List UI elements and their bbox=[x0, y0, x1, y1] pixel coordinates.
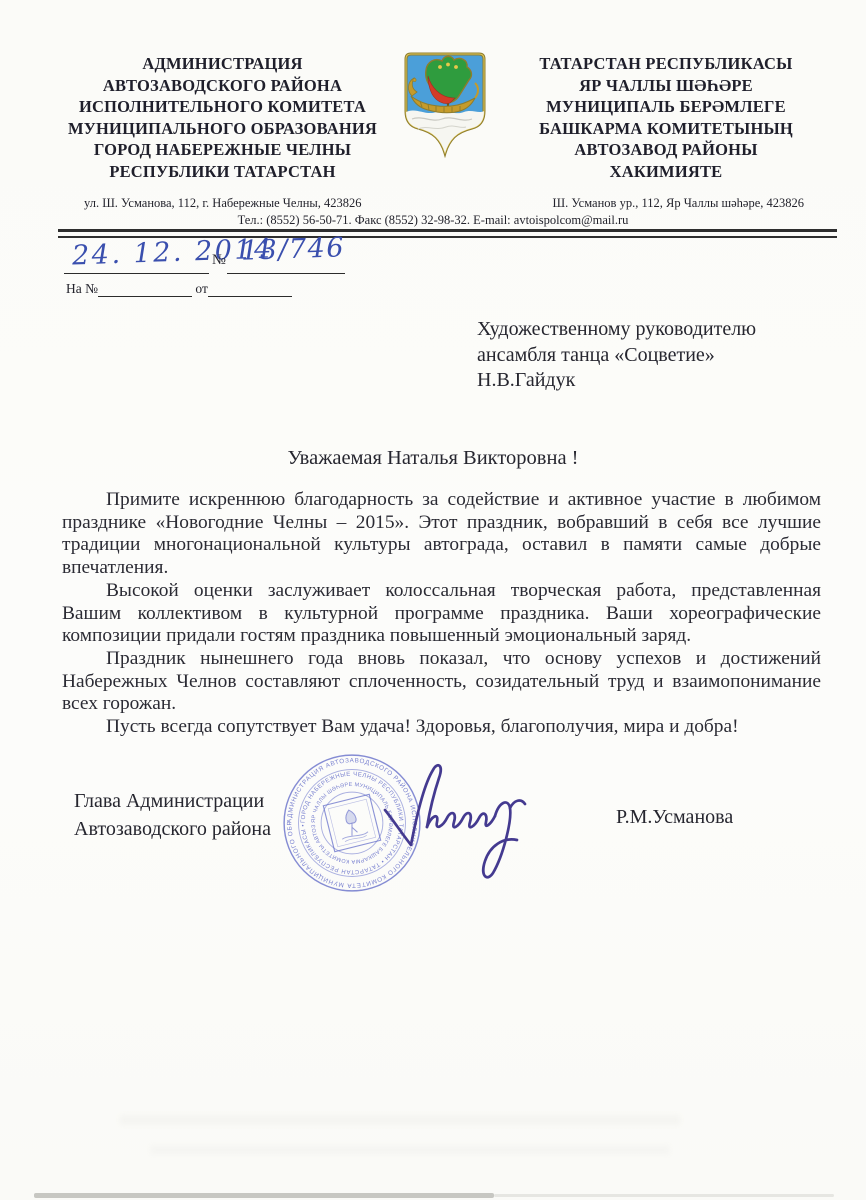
address-russian: ул. Ш. Усманова, 112, г. Набережные Челн… bbox=[84, 196, 362, 211]
signer-position-line: Автозаводского района bbox=[74, 816, 271, 844]
org-tt-line: ЯР ЧАЛЛЫ ШӘҺӘРЕ bbox=[497, 75, 835, 97]
handwritten-number: 13/746 bbox=[240, 232, 345, 267]
org-ru-line: ИСПОЛНИТЕЛЬНОГО КОМИТЕТА bbox=[50, 96, 395, 118]
body-paragraph: Примите искреннюю благодарность за содей… bbox=[62, 489, 821, 580]
org-name-russian: АДМИНИСТРАЦИЯ АВТОЗАВОДСКОГО РАЙОНА ИСПО… bbox=[50, 53, 395, 183]
blank-underline bbox=[98, 283, 192, 297]
org-ru-line: ГОРОД НАБЕРЕЖНЫЕ ЧЕЛНЫ bbox=[50, 139, 395, 161]
signer-position-line: Глава Администрации bbox=[74, 788, 271, 816]
scan-edge-shadow bbox=[494, 1194, 834, 1197]
body-paragraph: Высокой оценки заслуживает колоссальная … bbox=[62, 580, 821, 648]
blank-underline bbox=[208, 283, 292, 297]
org-name-tatar: ТАТАРСТАН РЕСПУБЛИКАСЫ ЯР ЧАЛЛЫ ШӘҺӘРЕ М… bbox=[497, 53, 835, 183]
org-tt-line: МУНИЦИПАЛЬ БЕРӘМЛЕГЕ bbox=[497, 96, 835, 118]
org-tt-line: АВТОЗАВОД РАЙОНЫ bbox=[497, 139, 835, 161]
reply-reference-line: На № от bbox=[66, 281, 292, 297]
reply-label-ot: от bbox=[195, 281, 207, 296]
letter-body: Примите искреннюю благодарность за содей… bbox=[62, 489, 821, 739]
handwritten-signature bbox=[381, 758, 533, 900]
scan-edge-shadow bbox=[34, 1193, 494, 1198]
org-ru-line: АВТОЗАВОДСКОГО РАЙОНА bbox=[50, 75, 395, 97]
org-ru-line: РЕСПУБЛИКИ ТАТАРСТАН bbox=[50, 161, 395, 183]
recipient-line: ансамбля танца «Соцветие» bbox=[477, 343, 756, 369]
recipient-block: Художественному руководителю ансамбля та… bbox=[477, 317, 756, 394]
date-underline bbox=[64, 273, 209, 274]
recipient-line: Н.В.Гайдук bbox=[477, 368, 756, 394]
scan-bleedthrough bbox=[150, 1145, 670, 1155]
number-underline bbox=[227, 273, 345, 274]
contacts-line: Тел.: (8552) 56-50-71. Факс (8552) 32-98… bbox=[0, 213, 866, 228]
scanned-official-letter: АДМИНИСТРАЦИЯ АВТОЗАВОДСКОГО РАЙОНА ИСПО… bbox=[0, 0, 866, 1200]
org-tt-line: БАШКАРМА КОМИТЕТЫНЫҢ bbox=[497, 118, 835, 140]
stamp-center-emblem bbox=[323, 794, 380, 851]
scan-bleedthrough bbox=[120, 1115, 680, 1125]
coat-of-arms-icon bbox=[398, 49, 492, 161]
address-tatar: Ш. Усманов ур., 112, Яр Чаллы шәһәре, 42… bbox=[552, 196, 804, 211]
number-sign: № bbox=[212, 252, 226, 269]
org-ru-line: МУНИЦИПАЛЬНОГО ОБРАЗОВАНИЯ bbox=[50, 118, 395, 140]
body-paragraph: Праздник нынешнего года вновь показал, ч… bbox=[62, 648, 821, 716]
org-tt-line: ТАТАРСТАН РЕСПУБЛИКАСЫ bbox=[497, 53, 835, 75]
org-tt-line: ХАКИМИЯТЕ bbox=[497, 161, 835, 183]
body-paragraph: Пусть всегда сопутствует Вам удача! Здор… bbox=[62, 716, 821, 739]
org-ru-line: АДМИНИСТРАЦИЯ bbox=[50, 53, 395, 75]
recipient-line: Художественному руководителю bbox=[477, 317, 756, 343]
signer-position: Глава Администрации Автозаводского район… bbox=[74, 788, 271, 843]
salutation: Уважаемая Наталья Викторовна ! bbox=[0, 447, 866, 470]
signer-name: Р.М.Усманова bbox=[616, 806, 733, 829]
reply-label-na: На № bbox=[66, 281, 98, 296]
